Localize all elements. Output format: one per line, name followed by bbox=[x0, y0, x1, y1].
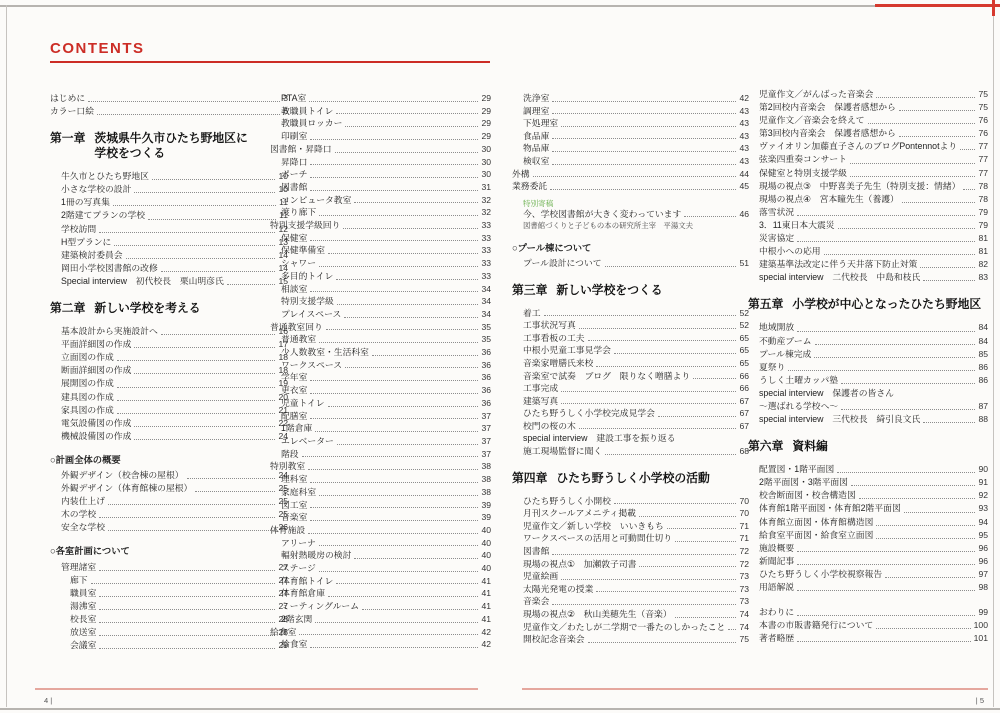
toc-entry-title: 建築写真 bbox=[523, 395, 558, 408]
toc-entry: プール棟完成85 bbox=[748, 348, 988, 361]
toc-entry: 配膳室37 bbox=[270, 410, 491, 423]
dot-leader bbox=[345, 367, 478, 368]
dot-leader bbox=[684, 216, 736, 217]
page-number-right: | 5 bbox=[976, 696, 984, 705]
toc-entry-title: 2階建てプランの学校 bbox=[61, 209, 145, 222]
dot-leader bbox=[319, 342, 478, 343]
toc-entry: 児童作文／わたしが二学期で一番たのしかったこと74 bbox=[512, 621, 749, 634]
toc-entry-title: シャワー bbox=[281, 257, 316, 270]
toc-entry: ひたち野うしく小学校視察報告97 bbox=[748, 568, 988, 581]
toc-entry-title: 保健室 bbox=[281, 232, 307, 245]
toc-entry: 業務委託45 bbox=[512, 180, 749, 193]
toc-entry: 昇降口30 bbox=[270, 156, 491, 169]
dot-leader bbox=[876, 97, 975, 98]
toc-entry: プレイスペース34 bbox=[270, 308, 491, 321]
dot-leader bbox=[299, 634, 478, 635]
dot-leader bbox=[354, 202, 478, 203]
toc-entry: 内装仕上げ25 bbox=[50, 495, 288, 508]
dot-leader bbox=[335, 152, 479, 153]
toc-entry: ヴァイオリン加藤直子さんのブログPontennotより77 bbox=[748, 140, 988, 153]
toc-entry: 特別教室38 bbox=[270, 460, 491, 473]
toc-entry: 現場の視点③ 中野喜美子先生（特別支援：情緒）78 bbox=[748, 180, 988, 193]
chapter-heading: 第四章ひたち野うしく小学校の活動 bbox=[512, 471, 749, 486]
dot-leader bbox=[561, 126, 736, 127]
chapter-number: 第一章 bbox=[50, 131, 85, 161]
dot-leader bbox=[899, 110, 976, 111]
section-heading: ○各室計画について bbox=[50, 545, 288, 558]
toc-entry-title: おわりに bbox=[759, 606, 794, 619]
toc-entry: 音楽室で試奏 ブログ 限りなく噌膳より66 bbox=[512, 370, 749, 383]
toc-entry-title: 放送室 bbox=[70, 626, 96, 639]
dot-leader bbox=[113, 205, 276, 206]
toc-entry-title: 校長室 bbox=[70, 613, 96, 626]
toc-entry-page: 40 bbox=[481, 562, 491, 575]
toc-entry: 洗浄室42 bbox=[512, 92, 749, 105]
toc-entry: 給食室42 bbox=[270, 626, 491, 639]
toc-entry: 立面図の作成18 bbox=[50, 351, 288, 364]
toc-entry-title: 現場の視点① 加瀬敦子司書 bbox=[523, 558, 636, 571]
dot-leader bbox=[923, 280, 975, 281]
toc-entry-title: 外構 bbox=[512, 168, 530, 181]
chapter-heading: 第一章茨城県牛久市ひたち野地区に学校をつくる bbox=[50, 131, 288, 161]
toc-entry-title: 更衣室 bbox=[281, 384, 307, 397]
toc-entry-page: 32 bbox=[481, 206, 491, 219]
dot-leader bbox=[134, 439, 275, 440]
dot-leader bbox=[658, 416, 736, 417]
toc-entry-title: 児童作文／音楽会を終えて bbox=[759, 114, 865, 127]
toc-entry-page: 98 bbox=[978, 581, 988, 594]
toc-entry-page: 31 bbox=[481, 181, 491, 194]
toc-entry-title: カラー口絵 bbox=[50, 105, 94, 118]
toc-entry-page: 37 bbox=[481, 448, 491, 461]
toc-entry: 普通教室回り35 bbox=[270, 321, 491, 334]
toc-entry: special interview 二代校長 中島和枝氏83 bbox=[748, 271, 988, 284]
dot-leader bbox=[550, 189, 736, 190]
toc-entry-title: 階段 bbox=[281, 448, 299, 461]
toc-entry-title: 図書館 bbox=[281, 181, 307, 194]
dot-leader bbox=[227, 284, 276, 285]
dot-leader bbox=[899, 136, 976, 137]
dot-leader bbox=[315, 431, 478, 432]
dot-leader bbox=[310, 380, 478, 381]
dot-leader bbox=[614, 353, 736, 354]
toc-column-3: 洗浄室42調理室43下処理室43食品庫43物品庫43検収室43外構44業務委託4… bbox=[512, 92, 749, 646]
toc-entry: 特別支援学級34 bbox=[270, 295, 491, 308]
toc-entry-title: 施工現場監督に聞く bbox=[523, 445, 602, 458]
toc-entry-title: 体育館トイレ bbox=[281, 575, 333, 588]
toc-entry: コンピュータ教室32 bbox=[270, 194, 491, 207]
toc-entry: 外観デザイン（校舎棟の屋根）24 bbox=[50, 469, 288, 482]
toc-entry: 建築検討委員会14 bbox=[50, 249, 288, 262]
toc-entry-page: 84 bbox=[978, 335, 988, 348]
toc-entry: 多目的トイレ33 bbox=[270, 270, 491, 283]
toc-entry: ひたち野うしく小開校70 bbox=[512, 495, 749, 508]
toc-entry-title: 家具図の作成 bbox=[61, 404, 114, 417]
toc-entry: 2階平面図・3階平面図91 bbox=[748, 476, 988, 489]
red-crop-mark-top bbox=[875, 4, 1000, 7]
toc-entry-title: 体育館倉庫 bbox=[281, 587, 325, 600]
toc-entry-title: 弦楽四重奏コンサート bbox=[759, 153, 847, 166]
red-crop-mark-right bbox=[992, 0, 995, 16]
toc-entry-page: 41 bbox=[481, 600, 491, 613]
toc-entry-page: 101 bbox=[974, 632, 988, 645]
toc-entry-page: 93 bbox=[978, 502, 988, 515]
toc-entry: 太陽光発電の授業73 bbox=[512, 583, 749, 596]
dot-leader bbox=[326, 329, 479, 330]
toc-entry-title: 1冊の写真集 bbox=[61, 196, 110, 209]
dot-leader bbox=[310, 177, 478, 178]
dot-leader bbox=[117, 400, 276, 401]
toc-entry: プール設計について51 bbox=[512, 257, 749, 270]
toc-entry-page: 35 bbox=[481, 321, 491, 334]
toc-entry-title: 施設概要 bbox=[759, 542, 794, 555]
toc-entry: 中根小への応用81 bbox=[748, 245, 988, 258]
dot-leader bbox=[639, 516, 736, 517]
toc-entry-title: コンピュータ教室 bbox=[281, 194, 351, 207]
toc-entry-title: 学校訪問 bbox=[61, 223, 96, 236]
toc-entry: 校門の桜の木67 bbox=[512, 420, 749, 433]
dot-leader bbox=[336, 583, 478, 584]
dot-leader bbox=[920, 267, 975, 268]
toc-entry: 建具図の作成20 bbox=[50, 391, 288, 404]
toc-entry-title: 現場の視点③ 中野喜美子先生（特別支援：情緒） bbox=[759, 180, 960, 193]
toc-entry: 体育館立面図・体育館構造図94 bbox=[748, 516, 988, 529]
toc-entry: H型プランに13 bbox=[50, 236, 288, 249]
dot-leader bbox=[310, 418, 478, 419]
dot-leader bbox=[310, 393, 478, 394]
toc-entry: 校舎断面図・校舎構造図92 bbox=[748, 489, 988, 502]
toc-column-4: 児童作文／がんばった音楽会75第2回校内音楽会 保護者感想から75児童作文／音楽… bbox=[748, 88, 988, 645]
toc-entry-title: 少人数教室・生活科室 bbox=[281, 346, 369, 359]
toc-entry-title: 小さな学校の設計 bbox=[61, 183, 131, 196]
toc-entry: おわりに99 bbox=[748, 606, 988, 619]
toc-entry-title: ひたち野うしく小開校 bbox=[523, 495, 611, 508]
toc-entry-title: 本書の市販書籍発行について bbox=[759, 619, 873, 632]
toc-entry-title: うしく土曜カッパ塾 bbox=[759, 374, 838, 387]
toc-entry: 現場の視点① 加瀬敦子司書72 bbox=[512, 558, 749, 571]
toc-entry-title: 図書館 bbox=[523, 545, 549, 558]
toc-entry: 2階玄関41 bbox=[270, 613, 491, 626]
toc-entry-page: 81 bbox=[978, 245, 988, 258]
section-heading: ○プール棟について bbox=[512, 242, 749, 255]
toc-entry-page: 79 bbox=[978, 219, 988, 232]
dot-leader bbox=[99, 635, 275, 636]
toc-entry-page: 34 bbox=[481, 295, 491, 308]
dot-leader bbox=[91, 583, 276, 584]
toc-entry-title: 教職員ロッカー bbox=[281, 117, 342, 130]
dot-leader bbox=[841, 409, 975, 410]
dot-leader bbox=[797, 241, 975, 242]
toc-entry-page: 82 bbox=[978, 258, 988, 271]
toc-entry-title: 夏祭り bbox=[759, 361, 785, 374]
chapter-title: 資料編 bbox=[792, 439, 827, 454]
dot-leader bbox=[814, 357, 975, 358]
dot-leader bbox=[552, 138, 736, 139]
dot-leader bbox=[336, 113, 478, 114]
toc-entry-page: 96 bbox=[978, 555, 988, 568]
toc-entry-title: ワークスペース bbox=[281, 359, 342, 372]
scan-edge-left bbox=[6, 5, 7, 707]
toc-entry-page: 40 bbox=[481, 549, 491, 562]
toc-entry-title: 現場の視点② 秋山美穂先生（音楽） bbox=[523, 608, 672, 621]
toc-entry-page: 76 bbox=[978, 114, 988, 127]
dot-leader bbox=[797, 551, 975, 552]
toc-entry-title: 児童トイレ bbox=[281, 397, 325, 410]
toc-entry: 検収室43 bbox=[512, 155, 749, 168]
dot-leader bbox=[126, 258, 276, 259]
toc-entry-title: 普通教室回り bbox=[270, 321, 323, 334]
dot-leader bbox=[328, 253, 478, 254]
toc-entry: 小さな学校の設計10 bbox=[50, 183, 288, 196]
dot-leader bbox=[797, 615, 975, 616]
dot-leader bbox=[837, 472, 975, 473]
toc-entry-page: 30 bbox=[481, 156, 491, 169]
toc-entry: ～選ばれる学校へ～87 bbox=[748, 400, 988, 413]
toc-entry-page: 40 bbox=[481, 524, 491, 537]
toc-entry-title: 配置図・1階平面図 bbox=[759, 463, 834, 476]
toc-entry-page: 41 bbox=[481, 575, 491, 588]
toc-entry: 湯沸室27 bbox=[50, 600, 288, 613]
toc-entry: カラー口絵6 bbox=[50, 105, 288, 118]
dot-leader bbox=[134, 426, 275, 427]
chapter-title: ひたち野うしく小学校の活動 bbox=[556, 471, 709, 486]
toc-entry-page: 77 bbox=[978, 167, 988, 180]
dot-leader bbox=[824, 254, 976, 255]
toc-entry-title: 現場の視点④ 宮本瞳先生（養護） bbox=[759, 193, 899, 206]
chapter-title: 新しい学校を考える bbox=[94, 301, 200, 316]
toc-entry-title: special interview 三代校長 綺引良文氏 bbox=[759, 413, 920, 426]
toc-entry-page: 42 bbox=[481, 638, 491, 651]
toc-entry-title: 工事状況写真 bbox=[523, 319, 576, 332]
toc-entry-page: 77 bbox=[978, 153, 988, 166]
toc-entry-title: プール棟完成 bbox=[759, 348, 811, 361]
toc-entry-title: 普通教室 bbox=[281, 333, 316, 346]
toc-entry: 今、学校図書館が大きく変わっています46 bbox=[512, 208, 749, 221]
toc-entry-page: 78 bbox=[978, 180, 988, 193]
toc-entry-title: 給食室 bbox=[270, 626, 296, 639]
dot-leader bbox=[788, 370, 975, 371]
toc-entry: ステージ40 bbox=[270, 562, 491, 575]
toc-entry: 弦楽四重奏コンサート77 bbox=[748, 153, 988, 166]
toc-entry: 第2回校内音楽会 保護者感想から75 bbox=[748, 101, 988, 114]
toc-entry: 1階倉庫37 bbox=[270, 422, 491, 435]
toc-entry-title: 学年室 bbox=[281, 371, 307, 384]
toc-entry: 食品庫43 bbox=[512, 130, 749, 143]
toc-entry-title: 理科室 bbox=[281, 473, 307, 486]
toc-entry: 本書の市販書籍発行について100 bbox=[748, 619, 988, 632]
toc-entry-title: はじめに bbox=[50, 92, 85, 105]
dot-leader bbox=[728, 629, 736, 630]
toc-entry: 施設概要96 bbox=[748, 542, 988, 555]
toc-entry-title: 展開図の作成 bbox=[61, 377, 114, 390]
chapter-heading: 第五章小学校が中心となったひたち野地区 bbox=[748, 297, 988, 312]
dot-leader bbox=[309, 101, 478, 102]
toc-entry-title: 外観デザイン（校舎棟の屋根） bbox=[61, 469, 184, 482]
toc-entry-title: 洗浄室 bbox=[523, 92, 549, 105]
dot-leader bbox=[675, 617, 737, 618]
toc-entry-title: 第2回校内音楽会 保護者感想から bbox=[759, 101, 896, 114]
dot-leader bbox=[308, 533, 478, 534]
toc-entry: 工事状況写真52 bbox=[512, 319, 749, 332]
toc-entry-page: 35 bbox=[481, 333, 491, 346]
dot-leader bbox=[797, 331, 975, 332]
toc-entry-page: 88 bbox=[978, 413, 988, 426]
footer-rule-right-page bbox=[522, 688, 988, 690]
toc-entry-title: 新聞記事 bbox=[759, 555, 794, 568]
toc-entry: 図書館31 bbox=[270, 181, 491, 194]
toc-entry-title: 保健準備室 bbox=[281, 244, 325, 257]
toc-entry: 渡り廊下32 bbox=[270, 206, 491, 219]
toc-entry: special interview 建設工事を振り返る bbox=[512, 432, 749, 445]
dot-leader bbox=[310, 520, 478, 521]
toc-entry-title: 音楽会 bbox=[523, 595, 549, 608]
dot-leader bbox=[885, 577, 975, 578]
toc-entry: 児童作文／がんばった音楽会75 bbox=[748, 88, 988, 101]
toc-entry: ポーチ30 bbox=[270, 168, 491, 181]
toc-entry-title: ヴァイオリン加藤直子さんのブログPontennotより bbox=[759, 140, 957, 153]
dot-leader bbox=[797, 641, 970, 642]
toc-entry: 用語解説98 bbox=[748, 581, 988, 594]
toc-entry-title: 建具図の作成 bbox=[61, 391, 114, 404]
toc-entry: 児童絵画73 bbox=[512, 570, 749, 583]
toc-entry: 2階建てプランの学校11 bbox=[50, 209, 288, 222]
dot-leader bbox=[319, 545, 479, 546]
toc-entry: 特別支援学級回り33 bbox=[270, 219, 491, 232]
dot-leader bbox=[904, 512, 976, 513]
dot-leader bbox=[960, 149, 975, 150]
dot-leader bbox=[667, 528, 737, 529]
chapter-number: 第六章 bbox=[748, 439, 783, 454]
chapter-heading: 第六章資料編 bbox=[748, 439, 988, 454]
toc-entry: ワークスペースの活用と可動間仕切り71 bbox=[512, 532, 749, 545]
toc-entry-page: 96 bbox=[978, 542, 988, 555]
toc-entry-page: 33 bbox=[481, 232, 491, 245]
toc-entry-title: 木の学校 bbox=[61, 508, 96, 521]
title-underline bbox=[50, 61, 490, 63]
toc-column-2: PTA室29教職員トイレ29教職員ロッカー29印刷室29図書館・昇降口30昇降口… bbox=[270, 92, 491, 651]
dot-leader bbox=[797, 590, 975, 591]
toc-entry: 夏祭り86 bbox=[748, 361, 988, 374]
dot-leader bbox=[605, 266, 737, 267]
toc-entry-page: 81 bbox=[978, 232, 988, 245]
toc-entry-title: 廊下 bbox=[70, 574, 88, 587]
toc-entry-page: 29 bbox=[481, 117, 491, 130]
toc-entry: 断面詳細図の作成18 bbox=[50, 364, 288, 377]
dot-leader bbox=[850, 163, 975, 164]
toc-entry: 体育館倉庫41 bbox=[270, 587, 491, 600]
toc-entry: 給食室平面図・給食室立面図95 bbox=[748, 529, 988, 542]
toc-entry: 外観デザイン（体育館棟の屋根）25 bbox=[50, 482, 288, 495]
toc-entry-title: 断面詳細図の作成 bbox=[61, 364, 131, 377]
toc-entry-title: 児童作文／わたしが二学期で一番たのしかったこと bbox=[523, 621, 725, 634]
dot-leader bbox=[345, 126, 478, 127]
dot-leader bbox=[815, 344, 976, 345]
toc-entry: 基本設計から実施設計へ16 bbox=[50, 325, 288, 338]
toc-entry-title: 基本設計から実施設計へ bbox=[61, 325, 158, 338]
toc-entry-title: 1階倉庫 bbox=[281, 422, 312, 435]
dot-leader bbox=[97, 114, 280, 115]
toc-entry: アリーナ40 bbox=[270, 537, 491, 550]
toc-entry: 輻射熱暖房の検討40 bbox=[270, 549, 491, 562]
dot-leader bbox=[99, 517, 275, 518]
chapter-title: 新しい学校をつくる bbox=[556, 283, 662, 298]
dot-leader bbox=[561, 391, 736, 392]
dot-leader bbox=[838, 228, 976, 229]
dot-leader bbox=[859, 498, 976, 499]
toc-entry-page: 29 bbox=[481, 130, 491, 143]
dot-leader bbox=[310, 507, 478, 508]
toc-entry-page: 77 bbox=[978, 140, 988, 153]
toc-entry: 音楽会73 bbox=[512, 595, 749, 608]
toc-entry: エレベーター37 bbox=[270, 435, 491, 448]
toc-entry: 3．11東日本大震災79 bbox=[748, 219, 988, 232]
dot-leader bbox=[614, 503, 736, 504]
toc-entry: 着工52 bbox=[512, 307, 749, 320]
toc-entry-title: ひたち野うしく小学校完成見学会 bbox=[523, 407, 655, 420]
toc-entry: 印刷室29 bbox=[270, 130, 491, 143]
chapter-title: 茨城県牛久市ひたち野地区に学校をつくる bbox=[94, 131, 247, 161]
toc-entry: はじめに3 bbox=[50, 92, 288, 105]
toc-entry-title: 落雪状況 bbox=[759, 206, 794, 219]
dot-leader bbox=[876, 538, 975, 539]
toc-entry: 相談室34 bbox=[270, 283, 491, 296]
dot-leader bbox=[315, 622, 478, 623]
toc-entry: ひたち野うしく小学校完成見学会67 bbox=[512, 407, 749, 420]
toc-entry-title: ～選ばれる学校へ～ bbox=[759, 400, 838, 413]
toc-entry-page: 75 bbox=[978, 88, 988, 101]
toc-entry: うしく土曜カッパ塾86 bbox=[748, 374, 988, 387]
toc-entry-page: 39 bbox=[481, 511, 491, 524]
dot-leader bbox=[319, 266, 478, 267]
toc-entry: ワークスペース36 bbox=[270, 359, 491, 372]
toc-entry: special interview 保護者の皆さん bbox=[748, 387, 988, 400]
dot-leader bbox=[552, 164, 736, 165]
toc-entry-title: 湯沸室 bbox=[70, 600, 96, 613]
toc-entry-page: 91 bbox=[978, 476, 988, 489]
scan-edge-bottom bbox=[0, 708, 1000, 710]
toc-entry-page: 99 bbox=[978, 606, 988, 619]
toc-entry-title: 特別教室 bbox=[270, 460, 305, 473]
toc-entry-title: 業務委託 bbox=[512, 180, 547, 193]
toc-entry-title: ひたち野うしく小学校視察報告 bbox=[759, 568, 882, 581]
toc-entry: 保健室と特別支援学級77 bbox=[748, 167, 988, 180]
dot-leader bbox=[372, 355, 478, 356]
toc-entry-title: ミーティングルーム bbox=[281, 600, 359, 613]
toc-entry-title: 2階玄関 bbox=[281, 613, 312, 626]
toc-entry-title: 図書館・昇降口 bbox=[270, 143, 332, 156]
toc-entry-title: 平面詳細図の作成 bbox=[61, 338, 131, 351]
toc-entry-title: 音楽室 bbox=[281, 511, 307, 524]
toc-entry-page: 34 bbox=[481, 283, 491, 296]
dot-leader bbox=[354, 558, 478, 559]
toc-entry-page: 90 bbox=[978, 463, 988, 476]
toc-entry: 普通教室35 bbox=[270, 333, 491, 346]
toc-entry-title: 職員室 bbox=[70, 587, 96, 600]
toc-entry-title: 渡り廊下 bbox=[281, 206, 316, 219]
dot-leader bbox=[588, 340, 737, 341]
toc-entry-title: 今、学校図書館が大きく変わっています bbox=[523, 208, 681, 221]
toc-entry-page: 30 bbox=[481, 168, 491, 181]
toc-entry-title: 着工 bbox=[523, 307, 541, 320]
dot-leader bbox=[152, 179, 275, 180]
toc-entry: シャワー33 bbox=[270, 257, 491, 270]
toc-entry: 階段37 bbox=[270, 448, 491, 461]
dot-leader bbox=[117, 360, 276, 361]
dot-leader bbox=[161, 334, 276, 335]
toc-entry: 体育館トイレ41 bbox=[270, 575, 491, 588]
dot-leader bbox=[187, 478, 276, 479]
toc-entry-title: special interview 建設工事を振り返る bbox=[523, 432, 676, 445]
